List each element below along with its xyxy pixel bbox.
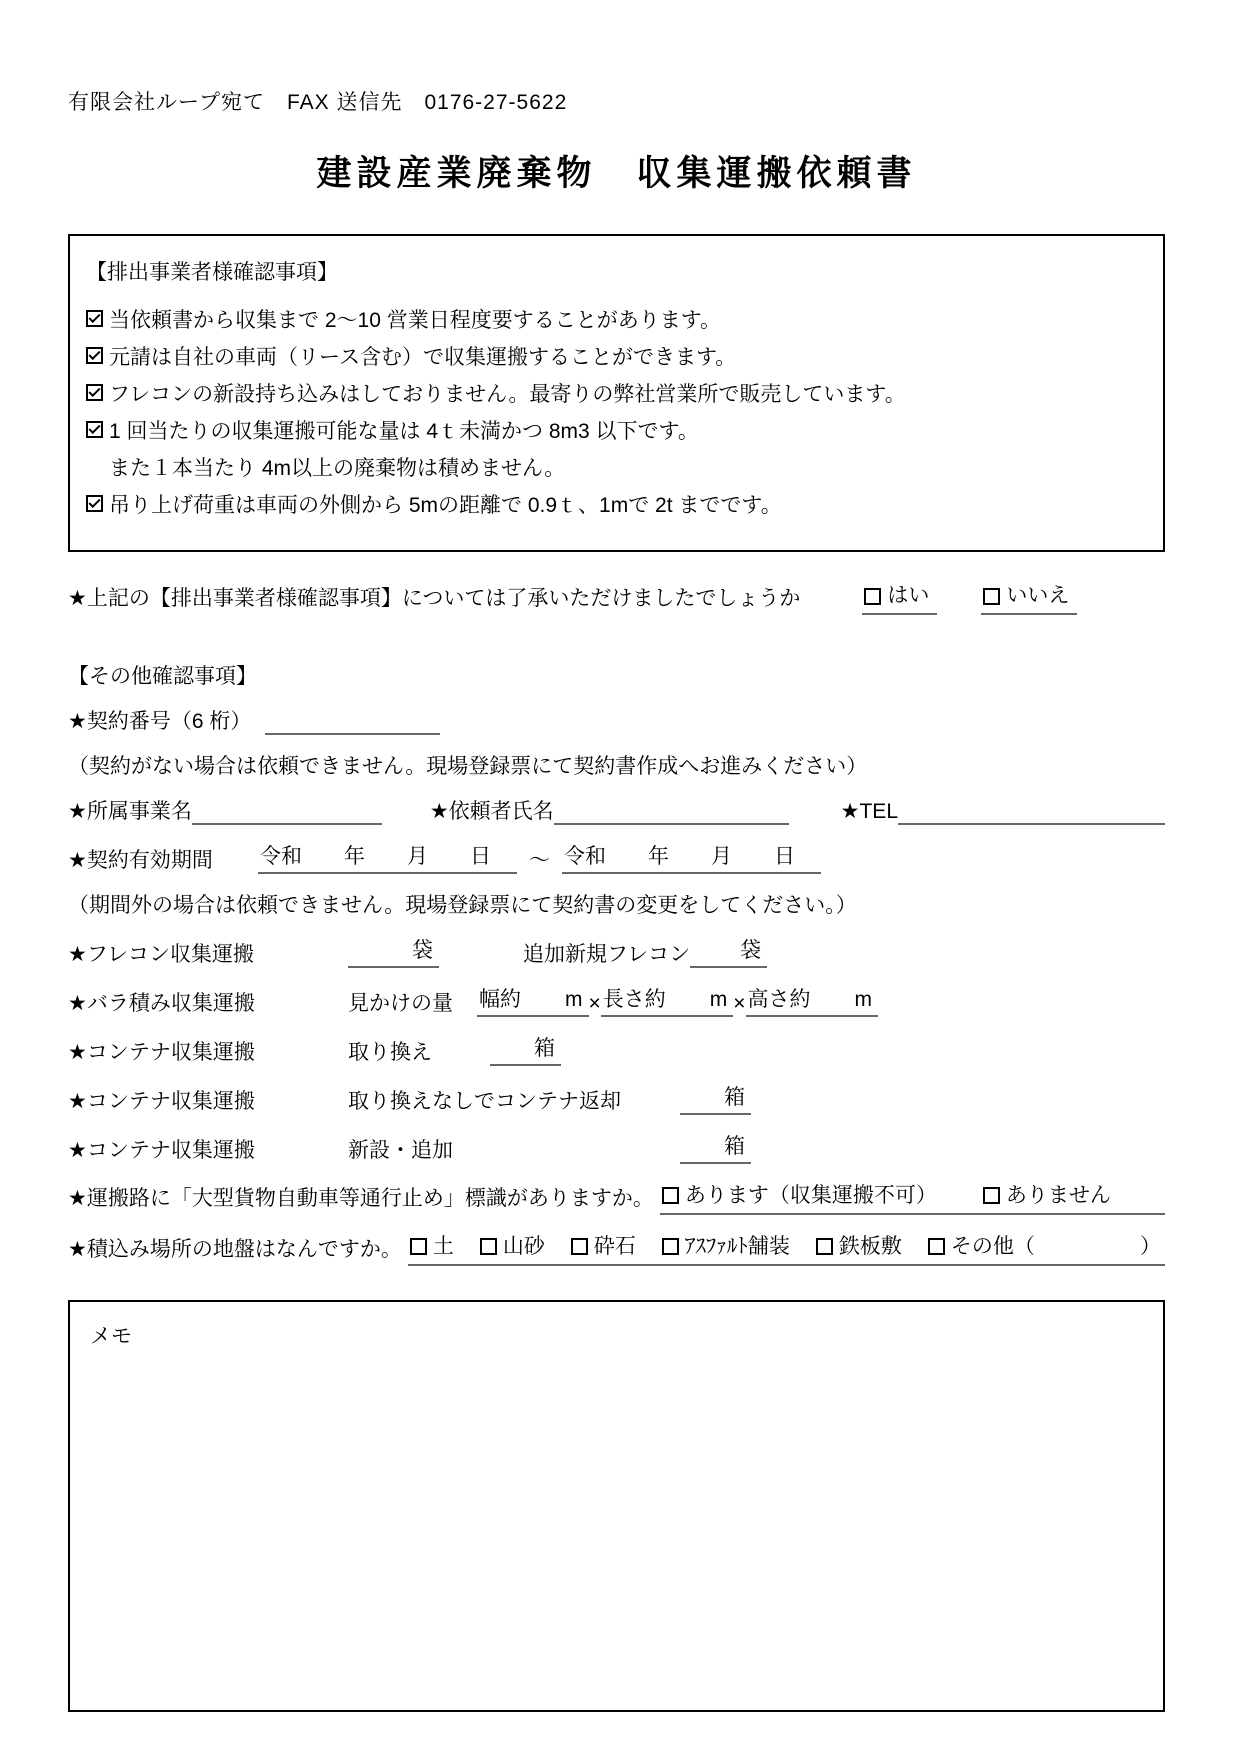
ground-asphalt-label: ｱｽﾌｧﾙﾄ舗装 xyxy=(685,1233,790,1260)
emitter-confirmation-box: 【排出事業者様確認事項】 当依頼書から収集まで 2～10 営業日程度要することが… xyxy=(68,234,1165,552)
road-blocked-label: あります（収集運搬不可） xyxy=(685,1182,937,1209)
road-clear-checkbox[interactable] xyxy=(983,1187,1000,1204)
contract-note-row: （契約がない場合は依頼できません。現場登録票にて契約書作成へお進みください） xyxy=(68,753,1165,780)
checked-checkbox-icon xyxy=(86,495,103,512)
road-blocked-option[interactable]: あります（収集運搬不可） xyxy=(662,1182,937,1209)
memo-box[interactable]: メモ xyxy=(68,1300,1165,1712)
confirmation-item-text: 当依頼書から収集まで 2～10 営業日程度要することがあります。 xyxy=(109,304,721,334)
height-label: 高さ約 xyxy=(748,986,811,1013)
container-label: ★コンテナ収集運搬 xyxy=(68,1088,348,1115)
flecon-extra-group: 袋 xyxy=(690,937,767,968)
container-row: ★コンテナ収集運搬 取り換え 箱 xyxy=(68,1035,1165,1066)
ground-type-question: ★積込み場所の地盤はなんですか。 xyxy=(68,1236,402,1263)
container-count-group: 箱 xyxy=(680,1133,751,1164)
road-restriction-options: あります（収集運搬不可） ありません xyxy=(660,1182,1165,1215)
meter-unit-label: m xyxy=(710,986,728,1013)
road-restriction-row: ★運搬路に「大型貨物自動車等通行止め」標識がありますか。 あります（収集運搬不可… xyxy=(68,1182,1165,1215)
confirmation-item-continuation: また１本当たり 4m以上の廃棄物は積めません。 xyxy=(86,448,1147,485)
requester-name-label: ★依頼者氏名 xyxy=(430,798,554,825)
times-sign: × xyxy=(733,990,745,1017)
confirmation-item-text: 元請は自社の車両（リース含む）で収集運搬することができます。 xyxy=(109,341,736,371)
contract-number-row: ★契約番号（6 桁） xyxy=(68,708,1165,735)
confirmation-item-text: また１本当たり 4m以上の廃棄物は積めません。 xyxy=(109,452,565,482)
no-option[interactable]: いいえ xyxy=(981,582,1077,615)
ground-soil-label: 土 xyxy=(433,1233,454,1260)
container-count-group: 箱 xyxy=(490,1035,561,1066)
contract-period-row: ★契約有効期間 令和 年 月 日 ～ 令和 年 月 日 xyxy=(68,843,1165,874)
ground-asphalt-option[interactable]: ｱｽﾌｧﾙﾄ舗装 xyxy=(662,1233,790,1260)
confirmation-item: フレコンの新設持ち込みはしておりません。最寄りの弊社営業所で販売しています。 xyxy=(86,374,1147,411)
road-clear-label: ありません xyxy=(1006,1182,1111,1209)
length-label: 長さ約 xyxy=(603,986,666,1013)
container-label: ★コンテナ収集運搬 xyxy=(68,1039,348,1066)
tel-label: ★TEL xyxy=(841,798,898,825)
ground-other-label: その他（ xyxy=(951,1233,1035,1260)
business-name-label: ★所属事業名 xyxy=(68,798,192,825)
ground-steel-plate-option[interactable]: 鉄板敷 xyxy=(816,1233,902,1260)
container-label: ★コンテナ収集運搬 xyxy=(68,1137,348,1164)
road-restriction-question: ★運搬路に「大型貨物自動車等通行止め」標識がありますか。 xyxy=(68,1185,654,1212)
flecon-count-group: 袋 xyxy=(348,937,439,968)
container-row: ★コンテナ収集運搬 新設・追加 箱 xyxy=(68,1133,1165,1164)
ground-other-close-paren: ） xyxy=(1140,1233,1161,1260)
meter-unit-label: m xyxy=(565,986,583,1013)
height-group: 高さ約 m xyxy=(746,986,879,1017)
ground-sand-label: 山砂 xyxy=(503,1233,545,1260)
confirmation-item: 1 回当たりの収集運搬可能な量は 4ｔ未満かつ 8m3 以下です。 xyxy=(86,411,1147,448)
requester-name-field[interactable] xyxy=(554,801,789,825)
ground-other-checkbox[interactable] xyxy=(928,1238,945,1255)
contract-number-field[interactable] xyxy=(265,711,440,735)
other-section-heading: 【その他確認事項】 xyxy=(68,663,1165,690)
road-blocked-checkbox[interactable] xyxy=(662,1187,679,1204)
box-unit-label: 箱 xyxy=(534,1035,555,1062)
ground-sand-option[interactable]: 山砂 xyxy=(480,1233,545,1260)
ground-sand-checkbox[interactable] xyxy=(480,1238,497,1255)
checked-checkbox-icon xyxy=(86,421,103,438)
period-end-field[interactable]: 令和 年 月 日 xyxy=(562,843,821,874)
contract-note: （契約がない場合は依頼できません。現場登録票にて契約書作成へお進みください） xyxy=(68,753,867,780)
no-checkbox[interactable] xyxy=(983,588,1000,605)
container-desc: 取り換え xyxy=(348,1039,490,1066)
ground-gravel-label: 砕石 xyxy=(594,1233,636,1260)
yes-checkbox[interactable] xyxy=(864,588,881,605)
period-note-row: （期間外の場合は依頼できません。現場登録票にて契約書の変更をしてください。） xyxy=(68,892,1165,919)
road-clear-option[interactable]: ありません xyxy=(983,1182,1111,1209)
meter-unit-label: m xyxy=(855,986,873,1013)
bulk-load-label: ★バラ積み収集運搬 xyxy=(68,990,348,1017)
ground-gravel-option[interactable]: 砕石 xyxy=(571,1233,636,1260)
container-row: ★コンテナ収集運搬 取り換えなしでコンテナ返却 箱 xyxy=(68,1084,1165,1115)
period-tilde: ～ xyxy=(529,847,550,874)
apparent-volume-label: 見かけの量 xyxy=(348,990,453,1017)
confirmation-item-text: 吊り上げ荷重は車両の外側から 5mの距離で 0.9ｔ、1mで 2t までです。 xyxy=(109,489,782,519)
box-unit-label: 箱 xyxy=(724,1084,745,1111)
confirmation-item: 吊り上げ荷重は車両の外側から 5mの距離で 0.9ｔ、1mで 2t までです。 xyxy=(86,485,1147,522)
confirmation-heading: 【排出事業者様確認事項】 xyxy=(86,260,1147,286)
ground-steel-plate-checkbox[interactable] xyxy=(816,1238,833,1255)
ground-asphalt-checkbox[interactable] xyxy=(662,1238,679,1255)
period-note: （期間外の場合は依頼できません。現場登録票にて契約書の変更をしてください。） xyxy=(68,892,857,919)
box-unit-label: 箱 xyxy=(724,1133,745,1160)
width-label: 幅約 xyxy=(479,986,521,1013)
business-name-field[interactable] xyxy=(192,801,382,825)
ground-other-option[interactable]: その他（ xyxy=(928,1233,1035,1260)
length-group: 長さ約 m xyxy=(601,986,734,1017)
contract-period-label: ★契約有効期間 xyxy=(68,847,258,874)
checked-checkbox-icon xyxy=(86,384,103,401)
container-desc: 取り換えなしでコンテナ返却 xyxy=(348,1088,680,1115)
confirmation-item-text: フレコンの新設持ち込みはしておりません。最寄りの弊社営業所で販売しています。 xyxy=(109,378,906,408)
width-group: 幅約 m xyxy=(477,986,589,1017)
confirmation-item: 元請は自社の車両（リース含む）で収集運搬することができます。 xyxy=(86,337,1147,374)
contract-number-label: ★契約番号（6 桁） xyxy=(68,708,251,735)
ground-soil-option[interactable]: 土 xyxy=(410,1233,454,1260)
no-label: いいえ xyxy=(1006,582,1069,610)
flecon-extra-label: 追加新規フレコン xyxy=(523,941,690,968)
ground-steel-plate-label: 鉄板敷 xyxy=(839,1233,902,1260)
container-desc: 新設・追加 xyxy=(348,1137,680,1164)
ground-gravel-checkbox[interactable] xyxy=(571,1238,588,1255)
container-count-group: 箱 xyxy=(680,1084,751,1115)
ground-type-options: 土 山砂 砕石 ｱｽﾌｧﾙﾄ舗装 鉄板敷 その他（ xyxy=(408,1233,1165,1266)
checked-checkbox-icon xyxy=(86,310,103,327)
acknowledgement-row: ★上記の【排出事業者様確認事項】については了承いただけましたでしょうか はい い… xyxy=(68,582,1165,615)
times-sign: × xyxy=(589,990,601,1017)
bag-unit-label: 袋 xyxy=(740,937,761,964)
ground-type-row: ★積込み場所の地盤はなんですか。 土 山砂 砕石 ｱｽﾌｧﾙﾄ舗装 鉄板敷 xyxy=(68,1233,1165,1266)
confirmation-item-text: 1 回当たりの収集運搬可能な量は 4ｔ未満かつ 8m3 以下です。 xyxy=(109,415,699,445)
acknowledgement-question: ★上記の【排出事業者様確認事項】については了承いただけましたでしょうか xyxy=(68,585,800,613)
confirmation-item: 当依頼書から収集まで 2～10 営業日程度要することがあります。 xyxy=(86,300,1147,337)
page-title: 建設産業廃棄物 収集運搬依頼書 xyxy=(68,146,1165,196)
tel-field[interactable] xyxy=(898,801,1165,825)
checked-checkbox-icon xyxy=(86,347,103,364)
period-start-field[interactable]: 令和 年 月 日 xyxy=(258,843,517,874)
ground-soil-checkbox[interactable] xyxy=(410,1238,427,1255)
flecon-label: ★フレコン収集運搬 xyxy=(68,941,348,968)
bag-unit-label: 袋 xyxy=(412,937,433,964)
flecon-row: ★フレコン収集運搬 袋 追加新規フレコン 袋 xyxy=(68,937,1165,968)
bulk-load-row: ★バラ積み収集運搬 見かけの量 幅約 m × 長さ約 m × 高さ約 m xyxy=(68,986,1165,1017)
fax-destination-line: 有限会社ループ宛て FAX 送信先 0176-27-5622 xyxy=(68,86,1165,116)
fax-request-form-page: 有限会社ループ宛て FAX 送信先 0176-27-5622 建設産業廃棄物 収… xyxy=(0,0,1240,1755)
yes-label: はい xyxy=(887,582,929,610)
yes-option[interactable]: はい xyxy=(862,582,937,615)
memo-label: メモ xyxy=(90,1325,132,1348)
identity-fields-row: ★所属事業名 ★依頼者氏名 ★TEL xyxy=(68,798,1165,825)
